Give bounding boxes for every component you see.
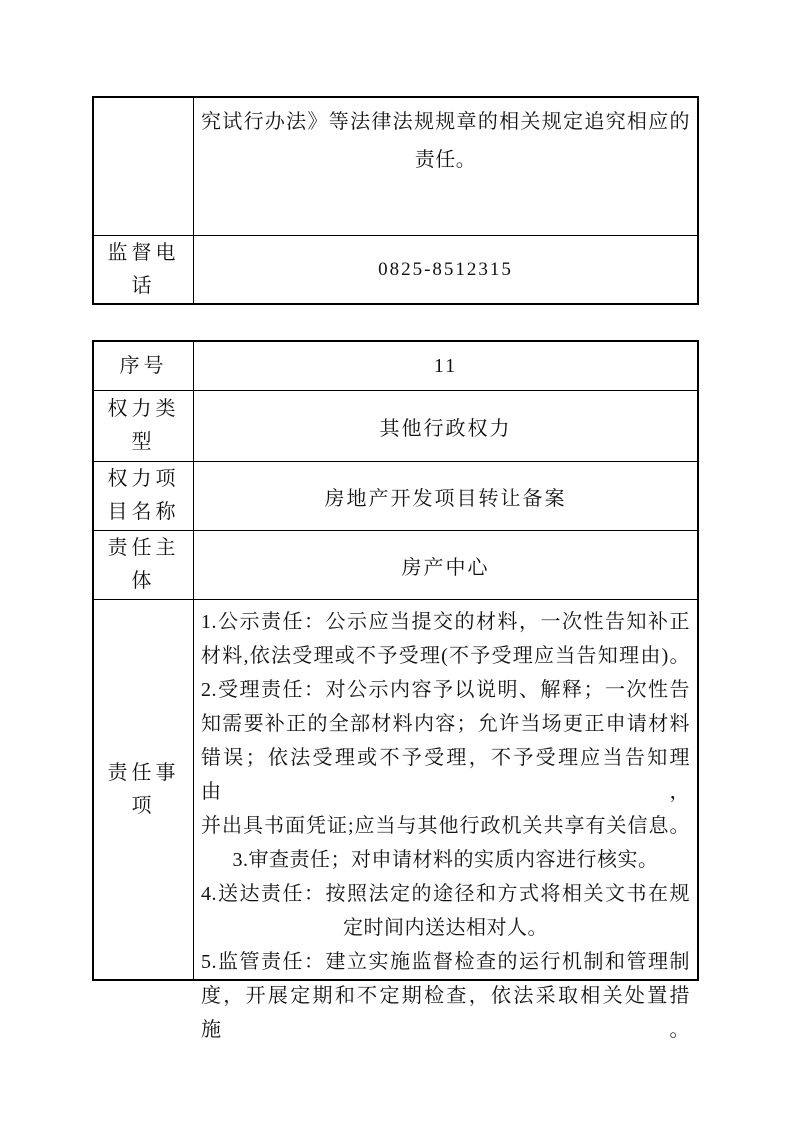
duty-line: 错误；依法受理或不予受理，不予受理应当告知理由， xyxy=(201,741,690,809)
duty-line: 定时间内送达相对人。 xyxy=(201,911,690,945)
phone-label: 监督电话 xyxy=(94,236,194,303)
upper-table: 究试行办法》等法律法规规章的相关规定追究相应的 责任。 监督电话 0825-85… xyxy=(92,96,699,305)
seq-value: 11 xyxy=(194,342,697,390)
document-page: 究试行办法》等法律法规规章的相关规定追究相应的 责任。 监督电话 0825-85… xyxy=(0,0,793,1122)
table-row-subject: 责任主体 房产中心 xyxy=(94,530,697,599)
continuation-text-cell: 究试行办法》等法律法规规章的相关规定追究相应的 责任。 xyxy=(194,98,697,235)
continuation-line: 究试行办法》等法律法规规章的相关规定追究相应的 xyxy=(201,103,690,141)
table-row-power-item: 权力项目名称 房地产开发项目转让备案 xyxy=(94,461,697,530)
duty-line: 1.公示责任：公示应当提交的材料，一次性告知补正 xyxy=(201,605,690,639)
phone-value: 0825-8512315 xyxy=(194,236,697,303)
seq-label: 序号 xyxy=(94,342,194,390)
continuation-line: 责任。 xyxy=(201,141,690,179)
duties-text-cell: 1.公示责任：公示应当提交的材料，一次性告知补正 材料,依法受理或不予受理(不予… xyxy=(194,600,697,979)
table-row-duties: 责任事项 1.公示责任：公示应当提交的材料，一次性告知补正 材料,依法受理或不予… xyxy=(94,599,697,979)
subject-label: 责任主体 xyxy=(94,531,194,599)
continuation-label-cell xyxy=(94,98,194,235)
subject-value: 房产中心 xyxy=(194,531,697,599)
lower-table: 序号 11 权力类型 其他行政权力 权力项目名称 房地产开发项目转让备案 责任主… xyxy=(92,340,699,981)
duty-line: 知需要补正的全部材料内容；允许当场更正申请材料 xyxy=(201,707,690,741)
power-item-label: 权力项目名称 xyxy=(94,462,194,530)
table-row-phone: 监督电话 0825-8512315 xyxy=(94,235,697,303)
power-type-label: 权力类型 xyxy=(94,391,194,461)
duties-label: 责任事项 xyxy=(94,600,194,979)
duty-line: 并出具书面凭证;应当与其他行政机关共享有关信息。 xyxy=(201,809,690,843)
table-row-power-type: 权力类型 其他行政权力 xyxy=(94,390,697,461)
table-row-continuation: 究试行办法》等法律法规规章的相关规定追究相应的 责任。 xyxy=(94,98,697,235)
duty-line: 4.送达责任：按照法定的途径和方式将相关文书在规 xyxy=(201,877,690,911)
duty-line: 度，开展定期和不定期检查，依法采取相关处置措施。 xyxy=(201,979,690,1047)
table-row-seq: 序号 11 xyxy=(94,342,697,390)
duty-line: 5.监管责任：建立实施监督检查的运行机制和管理制 xyxy=(201,945,690,979)
duty-line: 3.审查责任；对申请材料的实质内容进行核实。 xyxy=(201,843,690,877)
power-type-value: 其他行政权力 xyxy=(194,391,697,461)
duty-line: 材料,依法受理或不予受理(不予受理应当告知理由)。 xyxy=(201,639,690,673)
power-item-value: 房地产开发项目转让备案 xyxy=(194,462,697,530)
duty-line: 2.受理责任：对公示内容予以说明、解释；一次性告 xyxy=(201,673,690,707)
